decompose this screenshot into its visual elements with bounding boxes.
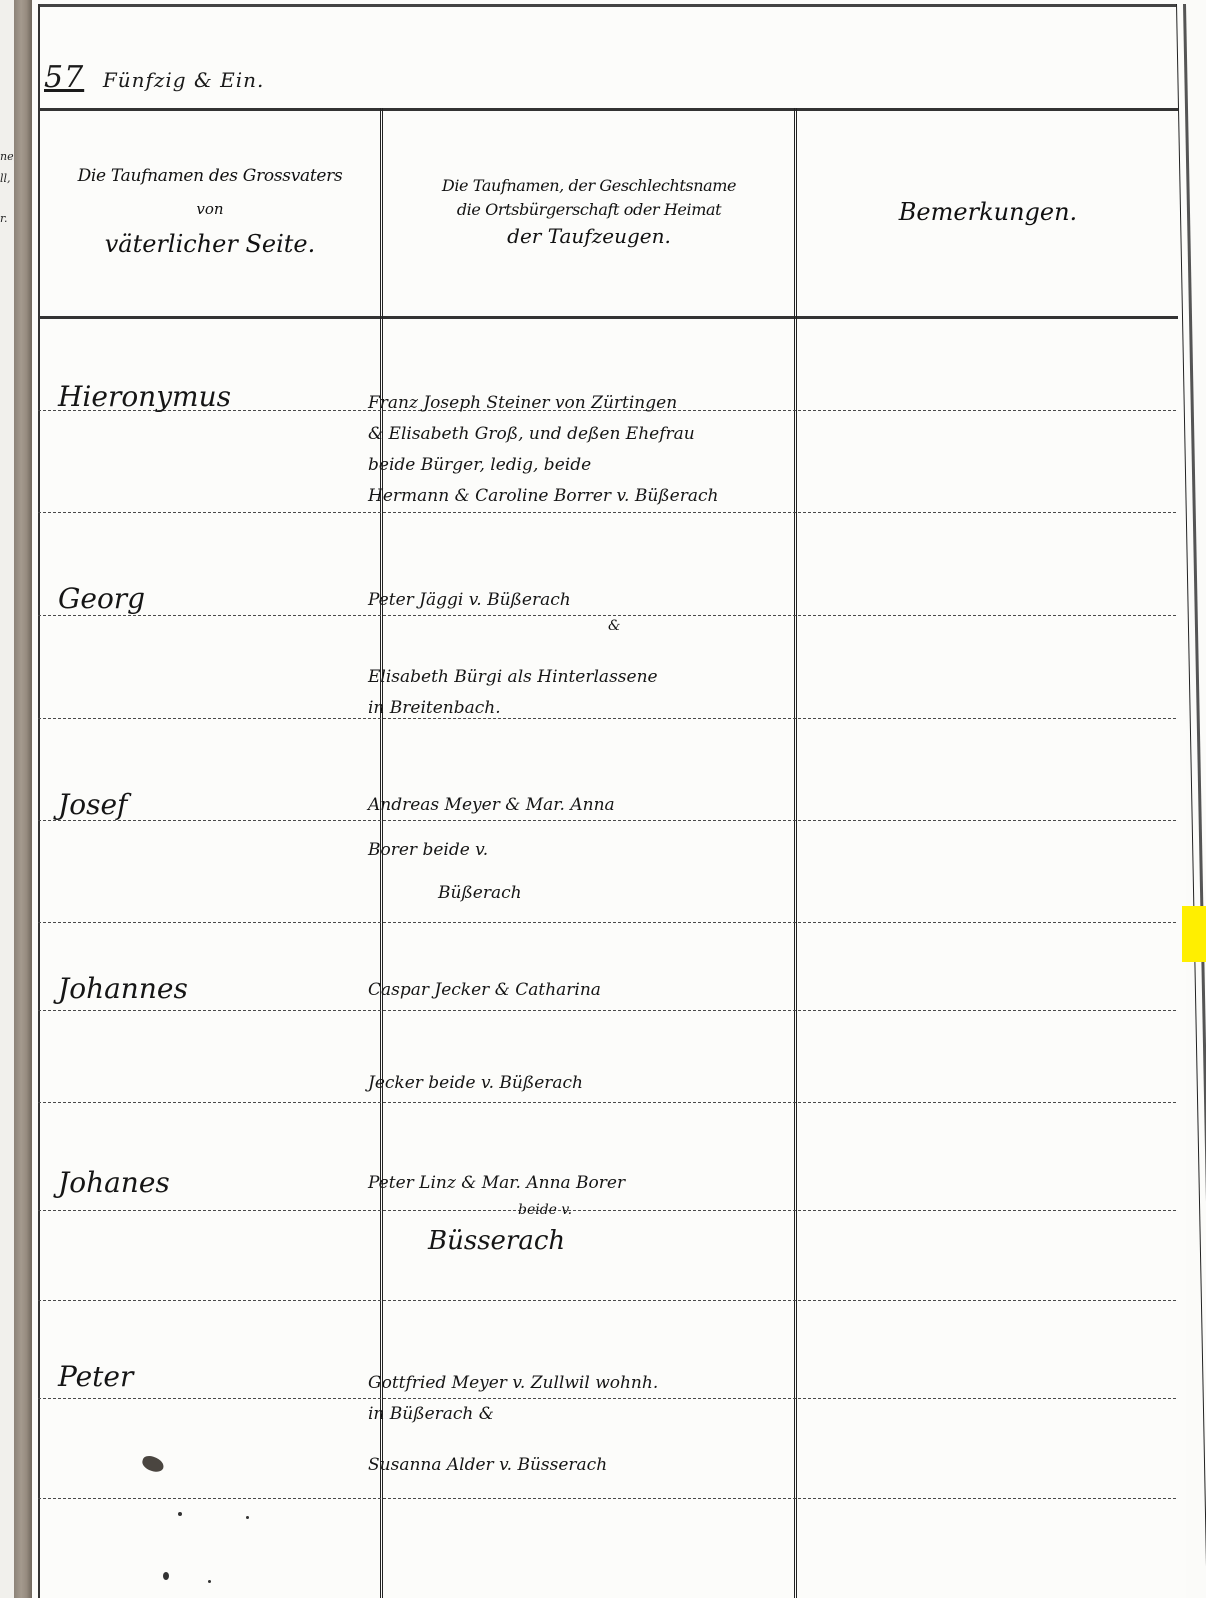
godparent-line: Franz Joseph Steiner von Zürtingen [368, 388, 808, 419]
header-text: Die Taufnamen, der Geschlechtsname [442, 174, 736, 198]
ruled-line [38, 1498, 1176, 1499]
godparent-line: & [368, 616, 808, 636]
godparents-entry: Peter Jäggi v. Büßerach & Elisabeth Bürg… [368, 585, 808, 724]
ruled-line [38, 922, 1176, 923]
godparent-line: in Breitenbach. [368, 693, 808, 724]
grandfather-name: Georg [58, 582, 358, 615]
ink-speck [208, 1580, 211, 1583]
godparent-line: Hermann & Caroline Borrer v. Büßerach [368, 481, 808, 512]
godparent-line: beide Bürger, ledig, beide [368, 450, 808, 481]
ruled-line [38, 512, 1176, 513]
godparent-line: Gottfried Meyer v. Zullwil wohnh. [368, 1368, 808, 1399]
grandfather-name: Josef [58, 788, 358, 821]
column-header-godparents: Die Taufnamen, der Geschlechtsname die O… [384, 112, 794, 312]
godparent-line: Peter Linz & Mar. Anna Borer [368, 1168, 808, 1199]
header-text: väterlicher Seite. [105, 230, 316, 258]
godparent-line: Susanna Alder v. Büsserach [368, 1450, 808, 1481]
ink-speck [163, 1572, 169, 1580]
column-header-grandfather: Die Taufnamen des Grossvaters von väterl… [38, 112, 382, 312]
header-text: von [196, 200, 223, 218]
previous-page-edge: ne, ll, r. [0, 0, 15, 1598]
ink-speck [246, 1516, 249, 1519]
yellow-highlight-marker [1182, 906, 1206, 962]
column-header-remarks: Bemerkungen. [798, 112, 1178, 312]
grandfather-name: Johannes [58, 972, 358, 1005]
grandfather-name: Johanes [58, 1166, 358, 1199]
godparents-entry: Peter Linz & Mar. Anna Borer beide v. Bü… [368, 1168, 808, 1261]
entry-number-words: Fünfzig & Ein. [103, 68, 265, 92]
header-text: der Taufzeugen. [507, 222, 671, 250]
godparents-entry: Franz Joseph Steiner von Zürtingen & Eli… [368, 388, 808, 512]
godparent-line: Büsserach [368, 1221, 808, 1261]
godparent-line: Jecker beide v. Büßerach [368, 1068, 808, 1099]
prev-page-fragment: r. [0, 212, 8, 225]
book-binding-gutter [14, 0, 32, 1598]
entry-number: 57 [44, 60, 84, 95]
page-top-border [40, 4, 1176, 7]
godparent-line: Andreas Meyer & Mar. Anna [368, 790, 808, 821]
header-text: die Ortsbürgerschaft oder Heimat [457, 198, 721, 222]
prev-page-fragment: ll, [0, 172, 11, 185]
grandfather-name: Peter [58, 1360, 358, 1393]
header-bottom-rule [38, 316, 1178, 319]
entry-number-heading: 57 Fünfzig & Ein. [44, 60, 264, 95]
godparent-line: Elisabeth Bürgi als Hinterlassene [368, 662, 808, 693]
ink-speck [178, 1512, 182, 1516]
header-text: Die Taufnamen des Grossvaters [78, 166, 343, 186]
ruled-line [38, 1300, 1176, 1301]
grandfather-name: Hieronymus [58, 380, 358, 413]
godparent-line: Borer beide v. [368, 835, 808, 866]
godparent-line: Peter Jäggi v. Büßerach [368, 585, 808, 616]
header-text: Bemerkungen. [899, 198, 1077, 226]
godparent-line: & Elisabeth Groß, und deßen Ehefrau [368, 419, 808, 450]
header-top-rule [38, 108, 1178, 111]
godparents-entry: Caspar Jecker & Catharina Jecker beide v… [368, 975, 808, 1099]
godparent-line: Caspar Jecker & Catharina [368, 975, 808, 1006]
prev-page-fragment: ne, [0, 150, 15, 163]
godparents-entry: Gottfried Meyer v. Zullwil wohnh. in Büß… [368, 1368, 808, 1481]
godparent-line: beide v. [368, 1199, 808, 1221]
ruled-line [38, 1102, 1176, 1103]
godparent-line: Büßerach [368, 878, 808, 909]
godparent-line: in Büßerach & [368, 1399, 808, 1430]
godparents-entry: Andreas Meyer & Mar. Anna Borer beide v.… [368, 790, 808, 909]
